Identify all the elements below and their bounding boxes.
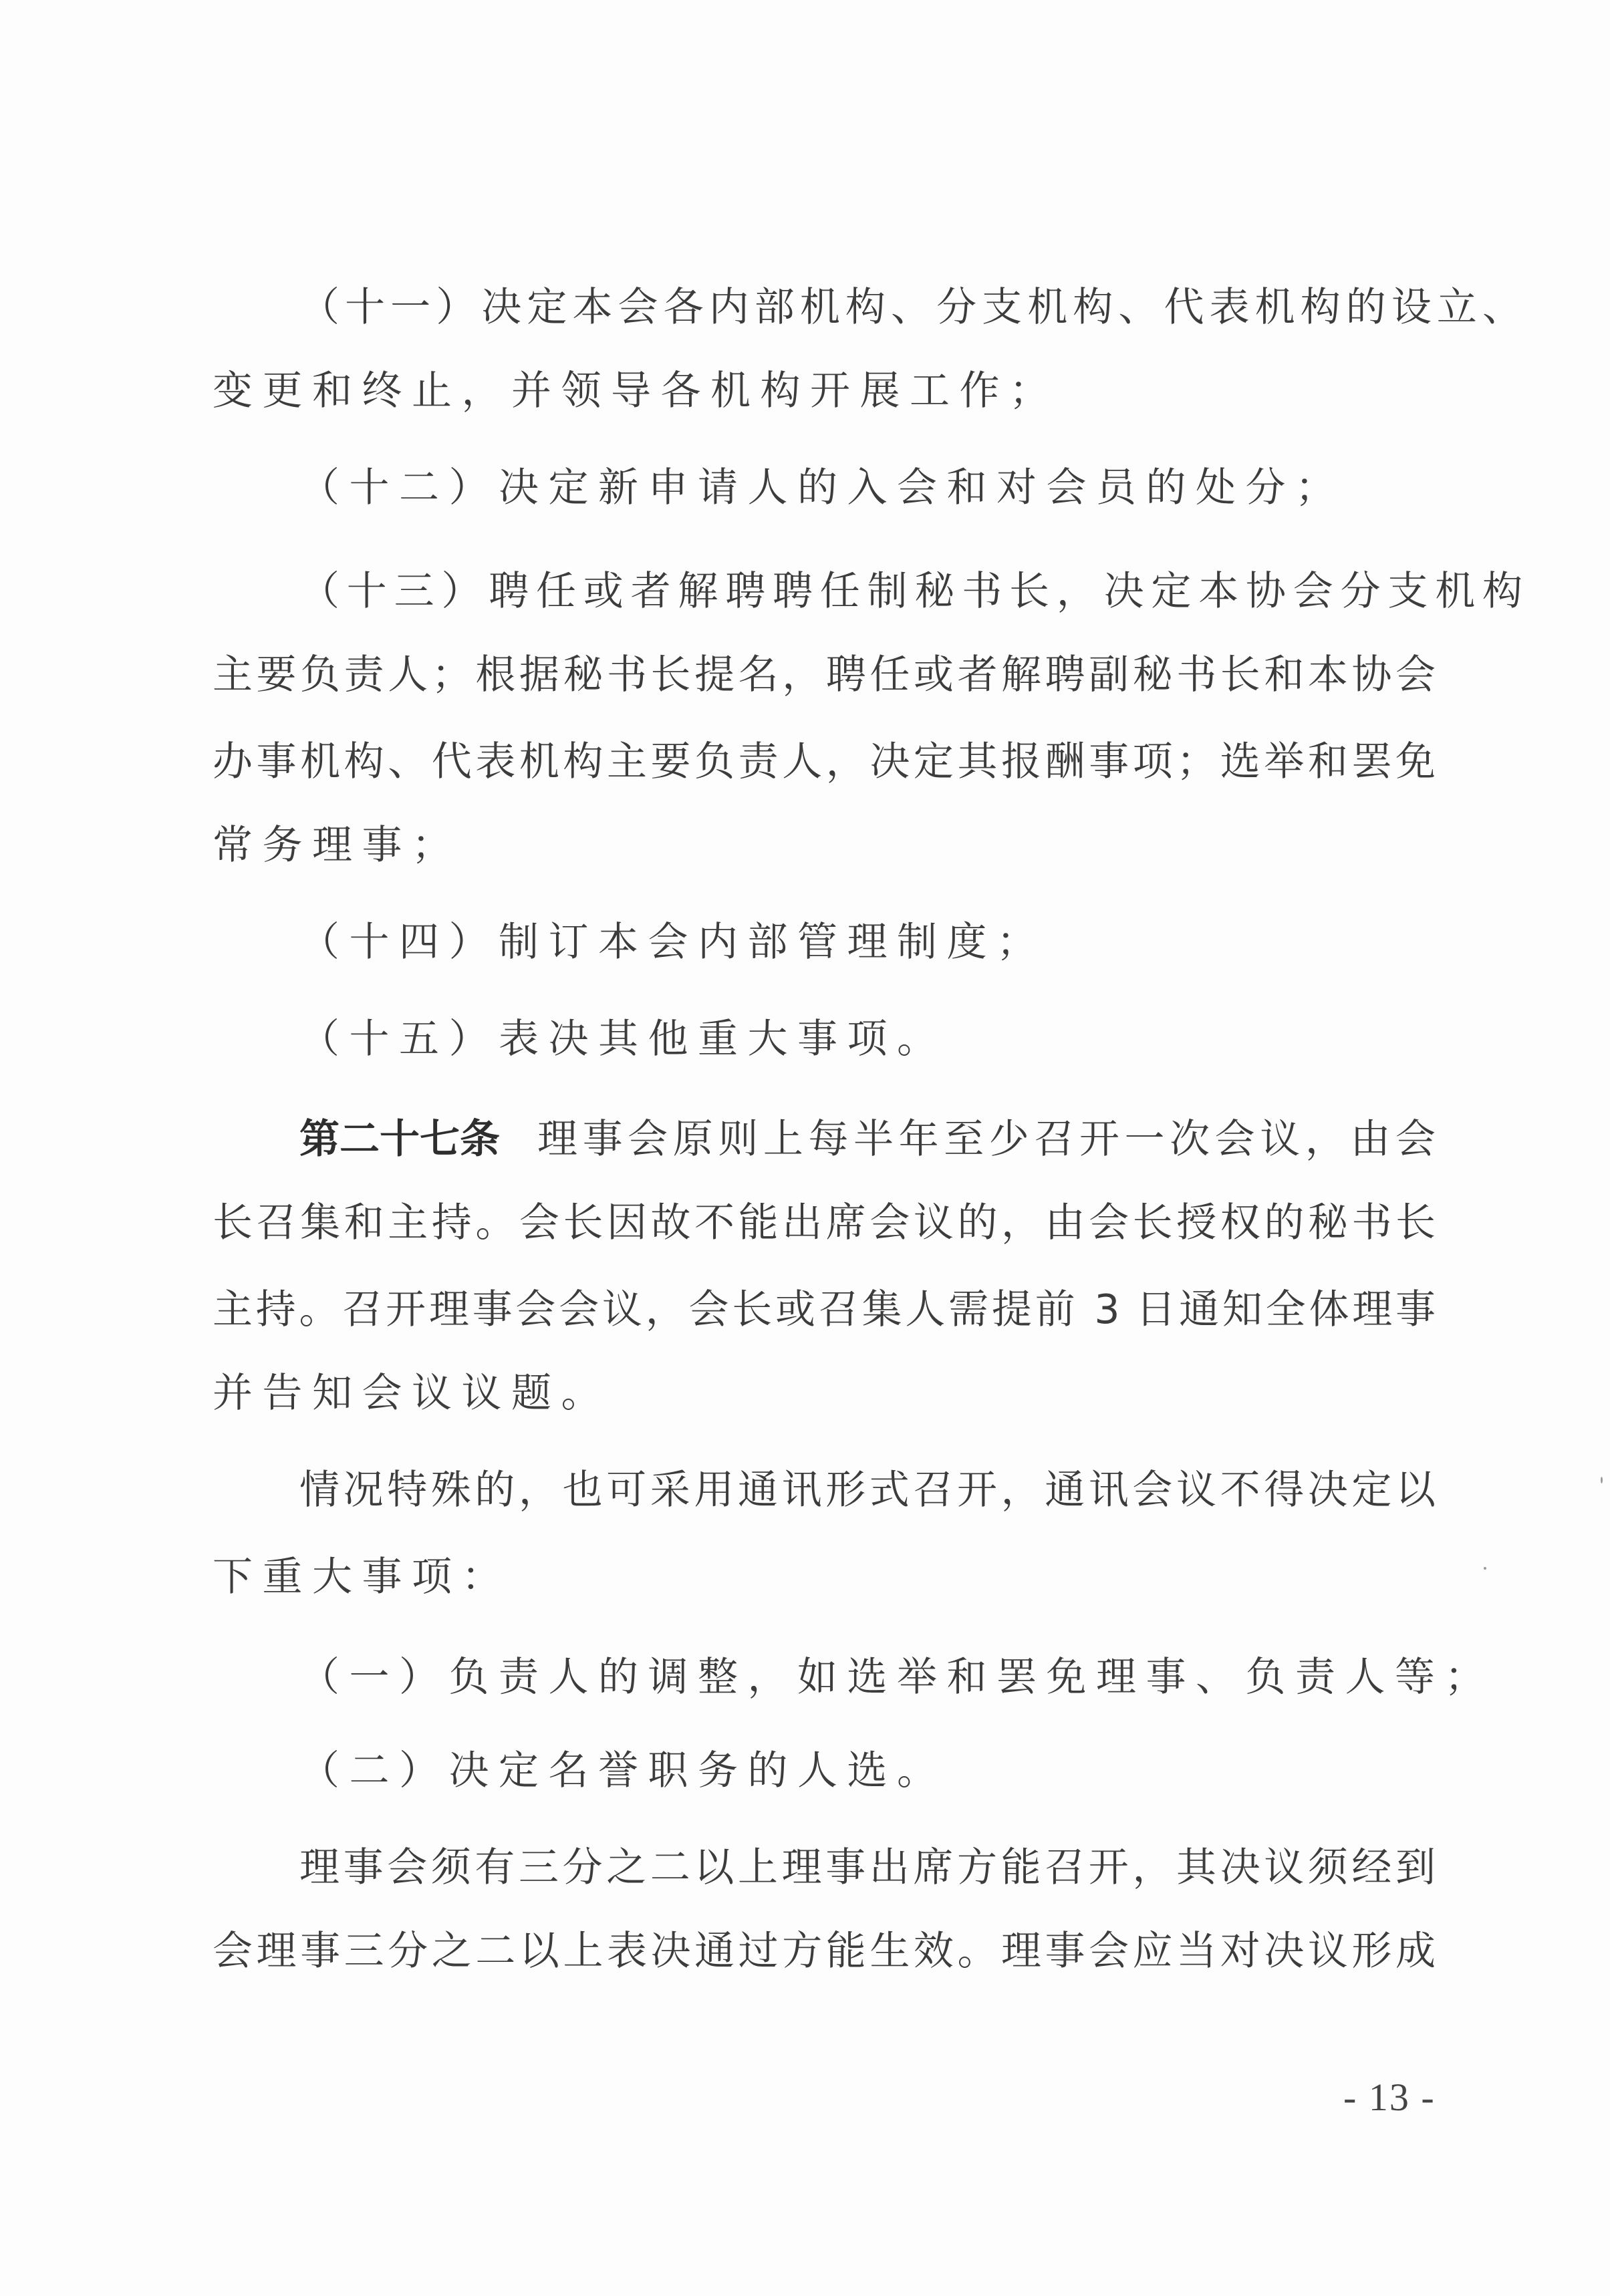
article-27-line-3: 主持。召开理事会会议，会长或召集人需提前 3 日通知全体理事 [213,1283,1436,1336]
scan-speck [1484,1567,1486,1570]
list-item-14: （十四）制订本会内部管理制度； [299,915,1522,969]
list-item-13-continued-2: 办事机构、代表机构主要负责人，决定其报酬事项；选举和罢免 [213,735,1436,788]
list-item-13-continued-3: 常务理事； [213,819,1436,872]
scan-speck [1601,1477,1603,1483]
special-case-item-1: （一）负责人的调整，如选举和罢免理事、负责人等； [299,1651,1522,1704]
article-27-text: 理事会原则上每半年至少召开一次会议，由会 [537,1113,1436,1166]
page-number: - 13 - [1343,2075,1436,2120]
special-case-line-2: 下重大事项： [213,1550,1436,1604]
article-27-first-line: 第二十七条 理事会原则上每半年至少召开一次会议，由会 [299,1113,1436,1166]
list-item-13-continued-1: 主要负责人；根据秘书长提名，聘任或者解聘副秘书长和本协会 [213,648,1436,702]
list-item-13: （十三）聘任或者解聘聘任制秘书长，决定本协会分支机构 [299,565,1522,618]
article-27-line-4: 并告知会议议题。 [213,1367,1436,1420]
list-item-11-continued: 变更和终止，并领导各机构开展工作； [213,364,1436,418]
list-item-12: （十二）决定新申请人的入会和对会员的处分； [299,461,1522,515]
special-case-line-1: 情况特殊的，也可采用通讯形式召开，通讯会议不得决定以 [299,1463,1436,1517]
special-case-item-2: （二）决定名誉职务的人选。 [299,1744,1522,1798]
quorum-line-1: 理事会须有三分之二以上理事出席方能召开，其决议须经到 [299,1841,1436,1894]
article-27-heading: 第二十七条 [299,1113,500,1166]
quorum-line-2: 会理事三分之二以上表决通过方能生效。理事会应当对决议形成 [213,1924,1436,1978]
scan-speck [832,1223,835,1226]
article-27-line-2: 长召集和主持。会长因故不能出席会议的，由会长授权的秘书长 [213,1196,1436,1250]
list-item-15: （十五）表决其他重大事项。 [299,1012,1522,1066]
document-page: （十一）决定本会各内部机构、分支机构、代表机构的设立、 变更和终止，并领导各机构… [0,0,1610,2296]
list-item-11: （十一）决定本会各内部机构、分支机构、代表机构的设立、 [299,281,1522,334]
